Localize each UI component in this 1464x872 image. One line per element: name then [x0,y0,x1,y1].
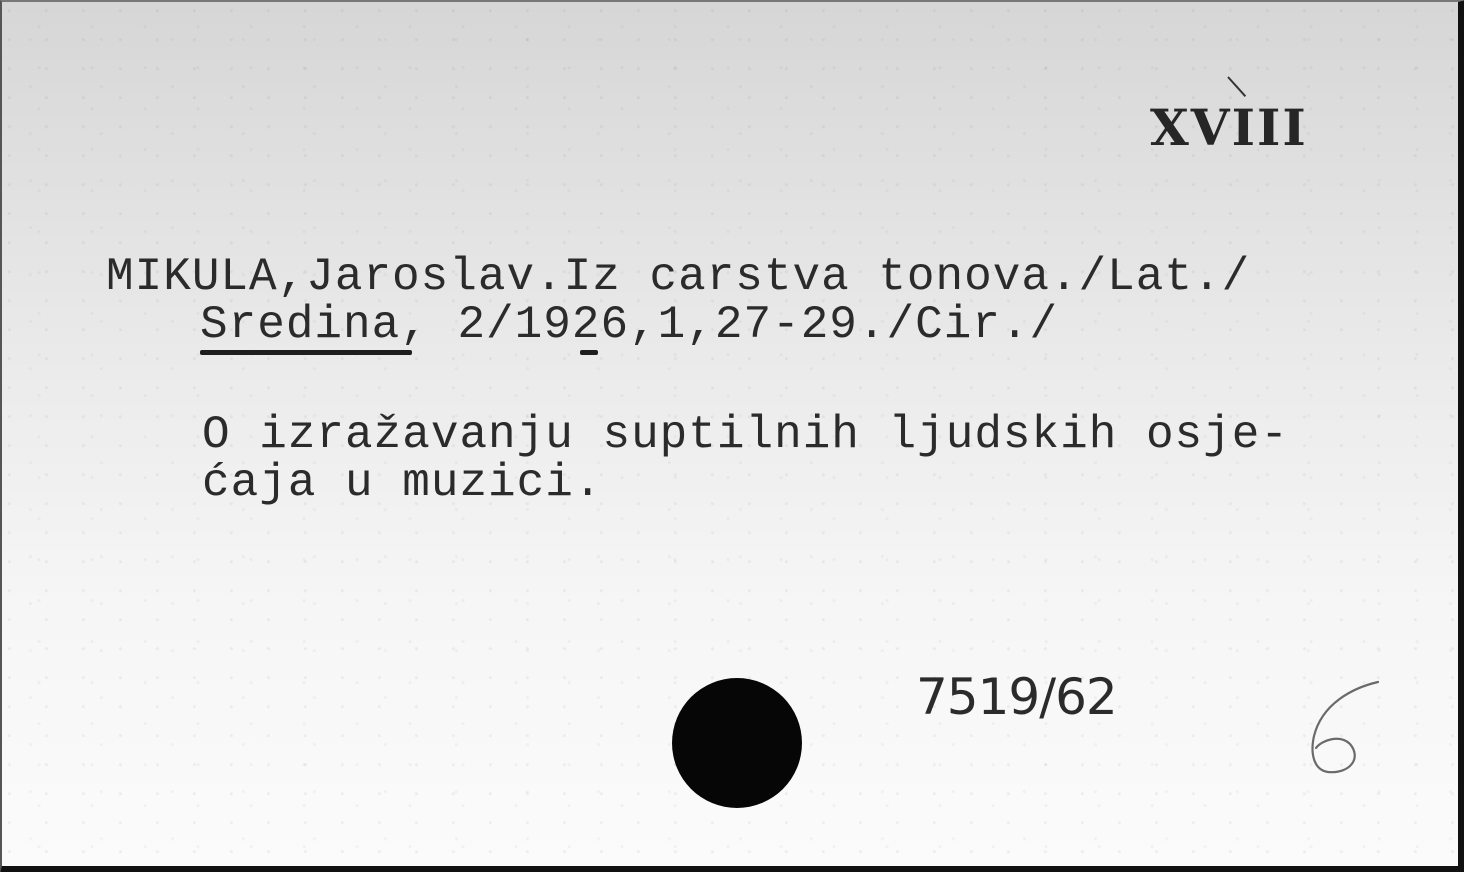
classmark: XVIII [1150,98,1308,157]
abstract-line-2: ćaja u muzici. [202,458,602,508]
journal-title-underline [200,350,412,355]
catalog-card: XVIII MIKULA,Jaroslav.Iz carstva tonova.… [0,0,1464,872]
bibliographic-entry-line-1: MIKULA,Jaroslav.Iz carstva tonova./Lat./ [106,252,1250,302]
issue-number-underline [580,350,598,355]
accession-number: 7519/62 [916,668,1117,726]
bibliographic-entry-line-2: Sredina, 2/1926,1,27-29./Cir./ [200,300,1058,350]
handwritten-number-5 [1292,674,1388,784]
pen-tick-mark [1227,76,1246,97]
abstract-line-1: O izražavanju suptilnih ljudskih osje- [202,410,1289,460]
punch-hole-icon [672,678,802,808]
